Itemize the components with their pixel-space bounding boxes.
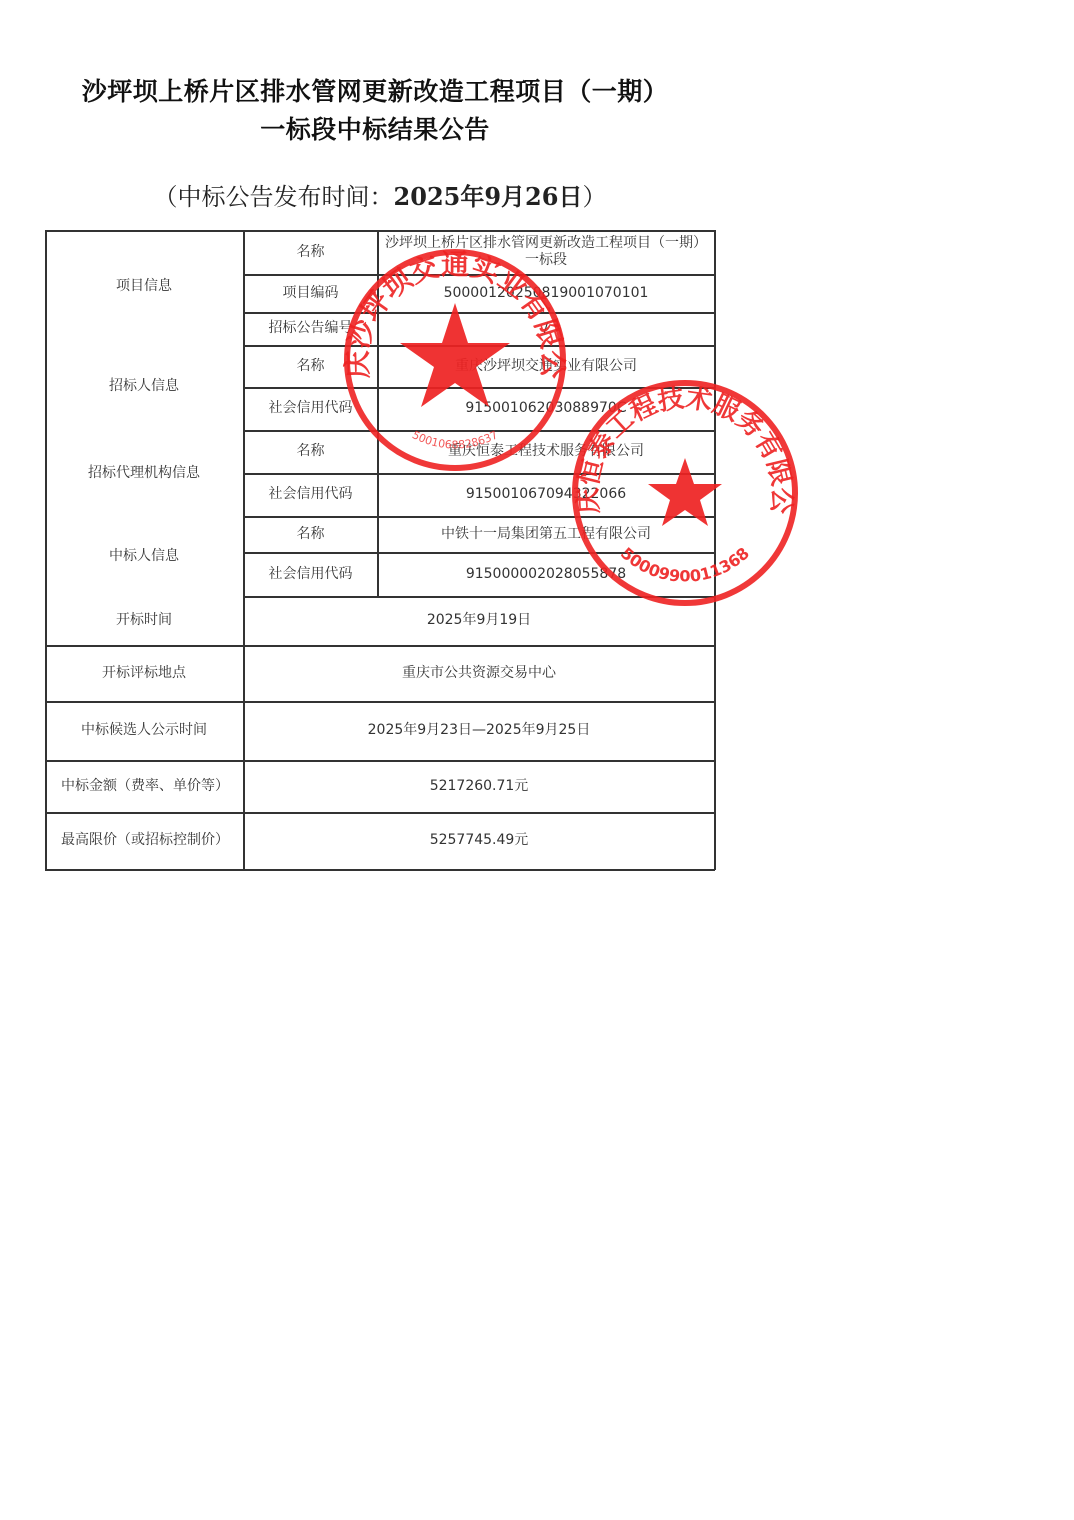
value-bid-amount: 5217260.71元 [244, 760, 714, 812]
publish-date: 2025年9月26日 [394, 182, 583, 211]
label-bid-amount: 中标金额（费率、单价等） [59, 760, 231, 812]
group-label-tenderer: 招标人信息 [45, 374, 243, 398]
value-tenderer-code: 91500106203088970C [378, 387, 714, 430]
value-winner-name: 中铁十一局集团第五工程有限公司 [378, 516, 714, 552]
value-publicity-period: 2025年9月23日—2025年9月25日 [244, 701, 714, 760]
label-tenderer-name: 名称 [244, 345, 377, 387]
document-title-line1: 沙坪坝上桥片区排水管网更新改造工程项目（一期） [0, 72, 750, 108]
value-open-time: 2025年9月19日 [244, 596, 714, 645]
table-border [714, 230, 716, 870]
label-venue: 开标评标地点 [53, 645, 235, 701]
label-winner-code: 社会信用代码 [244, 552, 377, 596]
value-max-price: 5257745.49元 [244, 812, 714, 869]
publish-date-prefix: （中标公告发布时间： [154, 183, 394, 211]
value-winner-code: 915000002028055878 [378, 552, 714, 596]
publish-date-line: （中标公告发布时间：2025年9月26日） [0, 177, 760, 212]
label-agency-code: 社会信用代码 [244, 473, 377, 516]
label-tenderer-code: 社会信用代码 [244, 387, 377, 430]
group-label-open-time: 开标时间 [45, 608, 243, 632]
label-max-price: 最高限价（或招标控制价） [59, 812, 231, 869]
value-notice-no: / [378, 312, 714, 345]
label-publicity-period: 中标候选人公示时间 [53, 701, 235, 760]
value-project-code: 50000120250819001070101 [378, 274, 714, 312]
value-project-name: 沙坪坝上桥片区排水管网更新改造工程项目（一期）一标段 [385, 230, 707, 274]
document-title-line2: 一标段中标结果公告 [0, 110, 750, 146]
label-notice-no: 招标公告编号 [244, 312, 377, 345]
value-agency-name: 重庆恒泰工程技术服务有限公司 [378, 430, 714, 473]
value-venue: 重庆市公共资源交易中心 [244, 645, 714, 701]
value-agency-code: 915001067094322066 [378, 473, 714, 516]
result-table: 项目信息 招标人信息 招标代理机构信息 中标人信息 开标时间 名称 项目编码 招… [45, 230, 715, 870]
group-label-project: 项目信息 [45, 274, 243, 298]
group-label-winner: 中标人信息 [45, 544, 243, 568]
group-label-agency: 招标代理机构信息 [45, 461, 243, 485]
table-border [45, 869, 715, 871]
label-winner-name: 名称 [244, 516, 377, 552]
label-project-code: 项目编码 [244, 274, 377, 312]
publish-date-suffix: ） [582, 183, 606, 211]
value-tenderer-name: 重庆沙坪坝交通实业有限公司 [378, 345, 714, 387]
label-project-name: 名称 [244, 230, 377, 274]
label-agency-name: 名称 [244, 430, 377, 473]
